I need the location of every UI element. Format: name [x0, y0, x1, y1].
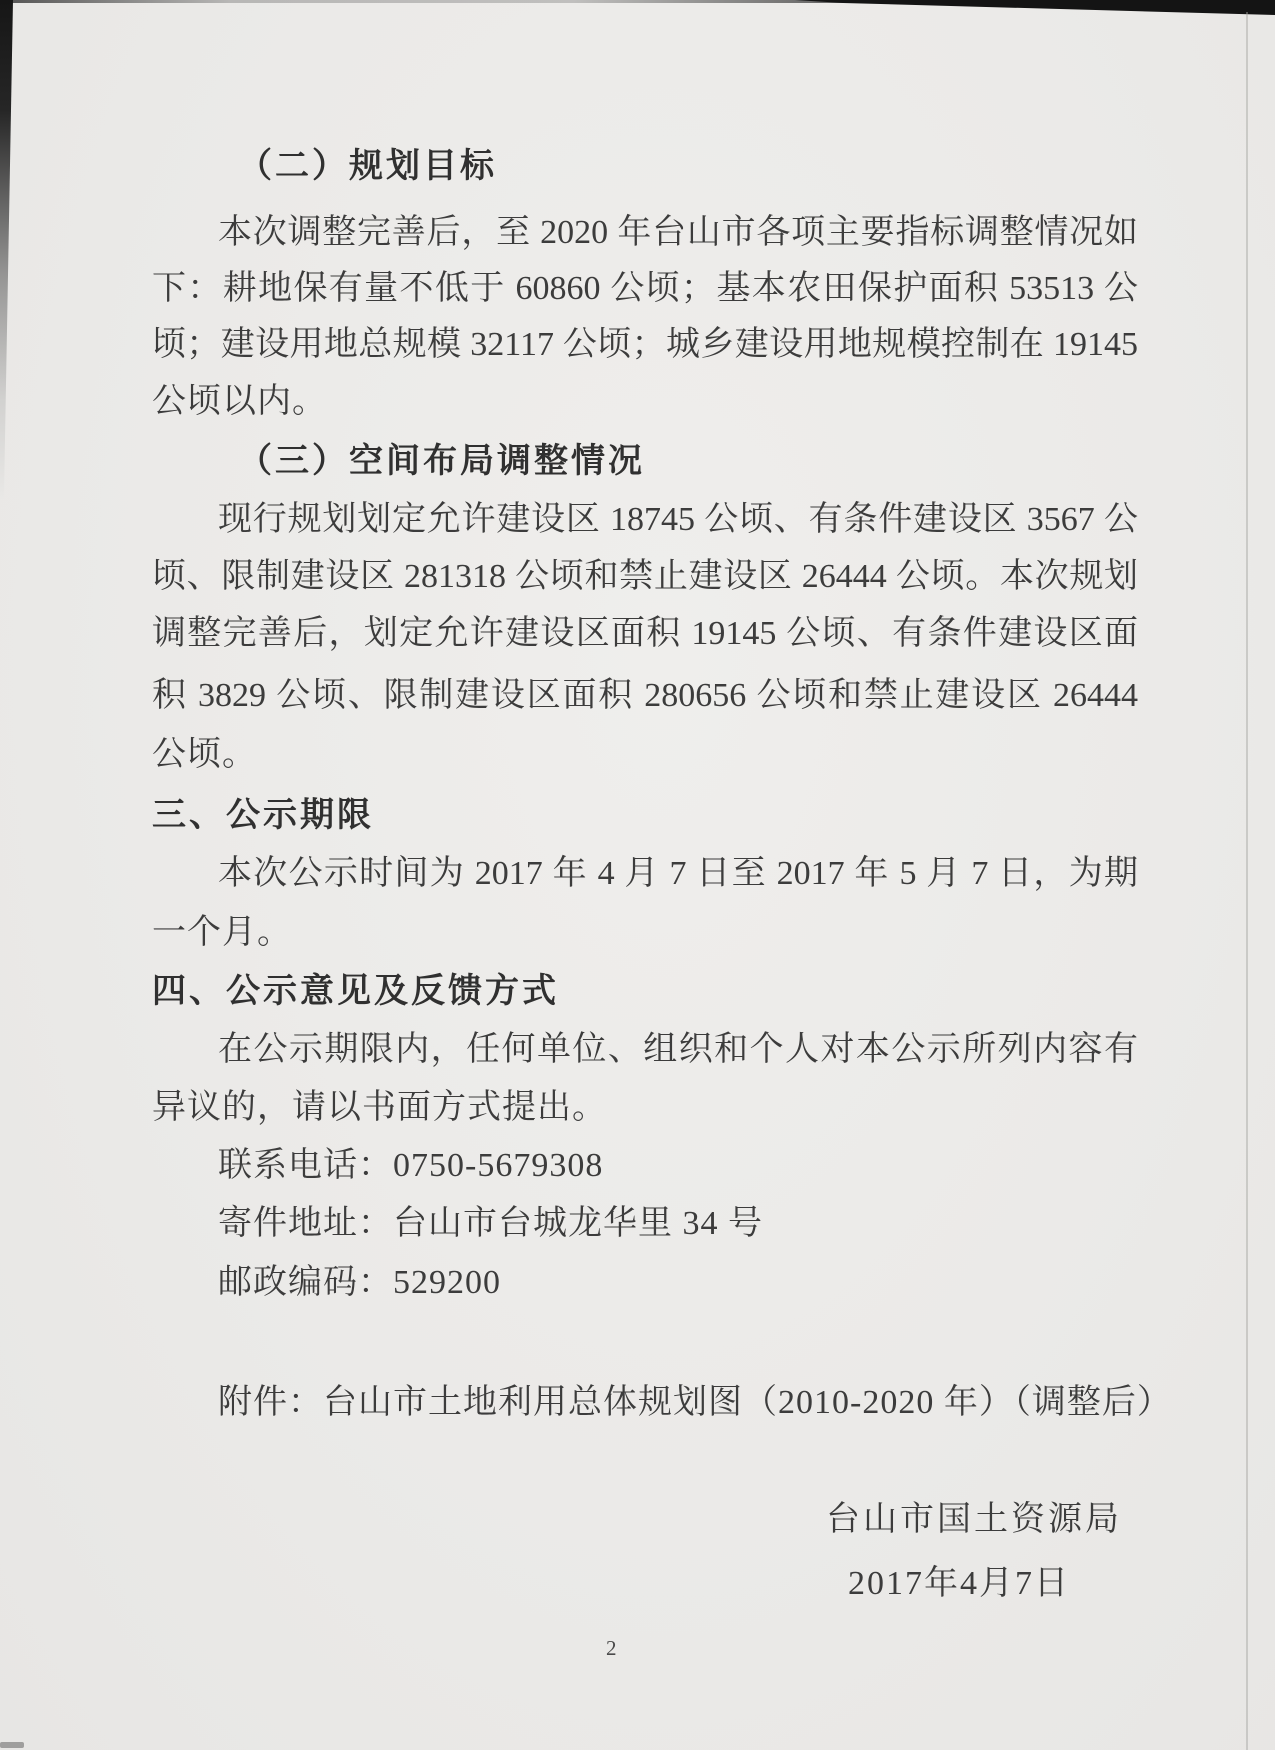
contact-address-line: 寄件地址：台山市台城龙华里 34 号 — [218, 1203, 763, 1245]
issue-date: 2017年4月7日 — [848, 1563, 1070, 1605]
paragraph-line: 本次调整完善后，至 2020 年台山市各项主要指标调整情况如 — [218, 212, 1138, 254]
paragraph-line: 一个月。 — [152, 912, 292, 954]
scan-mark-bottom-left — [0, 1742, 24, 1748]
section-heading-four: 四、公示意见及反馈方式 — [152, 971, 559, 1013]
page-number: 2 — [606, 1636, 617, 1661]
paragraph-line: 积 3829 公顷、限制建设区面积 280656 公顷和禁止建设区 26444 — [152, 675, 1138, 717]
paragraph-line: 现行规划划定允许建设区 18745 公顷、有条件建设区 3567 公 — [218, 499, 1138, 541]
document-page: （二）规划目标 本次调整完善后，至 2020 年台山市各项主要指标调整情况如 下… — [0, 0, 1275, 1750]
paragraph-line: 异议的，请以书面方式提出。 — [152, 1087, 607, 1129]
issuer-signature: 台山市国土资源局 — [826, 1499, 1122, 1541]
contact-postcode-line: 邮政编码：529200 — [218, 1262, 501, 1304]
paragraph-line: 公顷。 — [152, 734, 257, 776]
scan-edge-top-right — [795, 0, 1275, 15]
section-heading-three: 三、公示期限 — [152, 795, 374, 837]
subsection-heading-3: （三）空间布局调整情况 — [238, 441, 645, 483]
scan-fold-line — [1246, 12, 1248, 1750]
paragraph-line: 顷、限制建设区 281318 公顷和禁止建设区 26444 公顷。本次规划 — [152, 556, 1138, 598]
paragraph-line: 下：耕地保有量不低于 60860 公顷；基本农田保护面积 53513 公 — [152, 268, 1138, 310]
paragraph-line: 调整完善后，划定允许建设区面积 19145 公顷、有条件建设区面 — [152, 613, 1138, 655]
paragraph-line: 在公示期限内，任何单位、组织和个人对本公示所列内容有 — [218, 1029, 1138, 1071]
attachment-line: 附件：台山市土地利用总体规划图（2010-2020 年）（调整后） — [218, 1382, 1172, 1424]
subsection-heading-2: （二）规划目标 — [238, 146, 497, 188]
paragraph-line: 顷；建设用地总规模 32117 公顷；城乡建设用地规模控制在 19145 — [152, 324, 1138, 366]
contact-phone-line: 联系电话：0750-5679308 — [218, 1145, 603, 1187]
paragraph-line: 本次公示时间为 2017 年 4 月 7 日至 2017 年 5 月 7 日，为… — [218, 853, 1138, 895]
scan-edge-left — [0, 0, 13, 500]
paragraph-line: 公顷以内。 — [152, 381, 327, 423]
